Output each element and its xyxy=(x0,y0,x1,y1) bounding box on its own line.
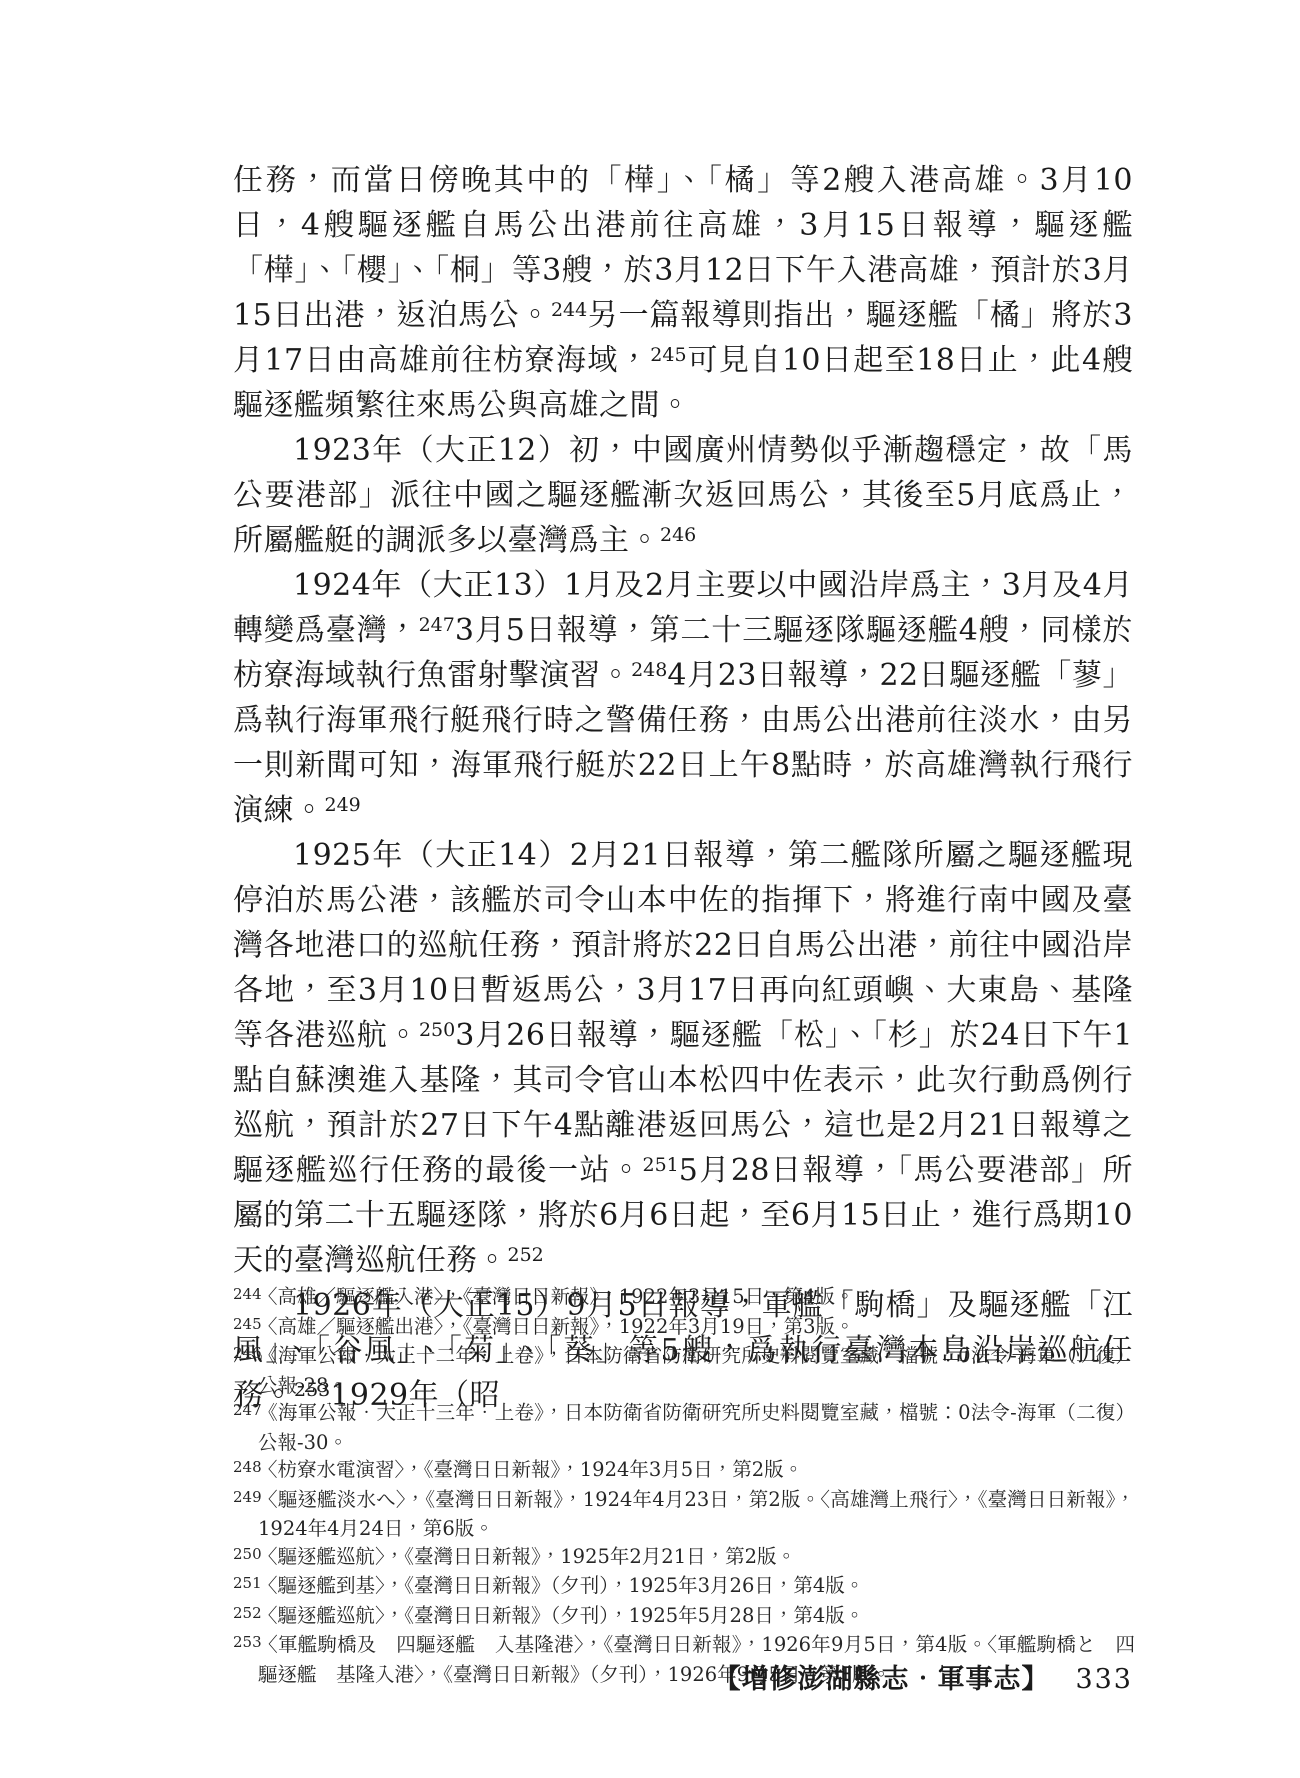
page-number: 333 xyxy=(1075,1664,1133,1695)
paragraph: 任務，而當日傍晚其中的「樺」、「橘」等2艘入港高雄。3月10日，4艘驅逐艦自馬公… xyxy=(233,158,1133,428)
footnote-item: 248〈枋寮水電演習〉，《臺灣日日新報》，1924年3月5日，第2版。 xyxy=(233,1456,1135,1486)
footnote-text: 〈高雄／驅逐艦出港〉，《臺灣日日新報》，1922年3月19日，第3版。 xyxy=(258,1315,855,1338)
footnotes: 244〈高雄／驅逐艦入港〉，《臺灣日日新報》，1922年3月15日，第4版。24… xyxy=(233,1283,1135,1688)
footnote-number: 251 xyxy=(233,1570,258,1598)
book-page: 任務，而當日傍晚其中的「樺」、「橘」等2艘入港高雄。3月10日，4艘驅逐艦自馬公… xyxy=(0,0,1300,1778)
paragraph: 1923年（大正12）初，中國廣州情勢似乎漸趨穩定，故「馬公要港部」派往中國之驅… xyxy=(233,428,1133,563)
footnote-ref: 252 xyxy=(508,1244,544,1266)
footnote-ref: 250 xyxy=(419,1019,455,1041)
footnote-text: 〈高雄／驅逐艦入港〉，《臺灣日日新報》，1922年3月15日，第4版。 xyxy=(258,1285,855,1308)
footer-title: 【增修澎湖縣志‧軍事志】 xyxy=(713,1664,1049,1695)
footnote-number: 250 xyxy=(233,1541,258,1569)
body-text: 任務，而當日傍晚其中的「樺」、「橘」等2艘入港高雄。3月10日，4艘驅逐艦自馬公… xyxy=(233,158,1133,1418)
footnote-text: 〈驅逐艦淡水へ〉，《臺灣日日新報》，1924年4月23日，第2版。〈高雄灣上飛行… xyxy=(258,1488,1135,1541)
footnote-item: 252〈驅逐艦巡航〉，《臺灣日日新報》（夕刊），1925年5月28日，第4版。 xyxy=(233,1602,1135,1632)
footnote-ref: 248 xyxy=(631,659,667,681)
footnote-ref: 244 xyxy=(551,299,587,321)
footnote-number: 252 xyxy=(233,1600,258,1628)
footnote-item: 249〈驅逐艦淡水へ〉，《臺灣日日新報》，1924年4月23日，第2版。〈高雄灣… xyxy=(233,1486,1135,1543)
footnote-number: 244 xyxy=(233,1281,258,1309)
footnote-item: 245〈高雄／驅逐艦出港〉，《臺灣日日新報》，1922年3月19日，第3版。 xyxy=(233,1313,1135,1343)
footnote-number: 246 xyxy=(233,1340,258,1368)
footnote-ref: 251 xyxy=(643,1154,679,1176)
footnote-ref: 247 xyxy=(419,614,455,636)
footnote-ref: 246 xyxy=(660,524,696,546)
paragraph: 1924年（大正13）1月及2月主要以中國沿岸爲主，3月及4月轉變爲臺灣，247… xyxy=(233,563,1133,833)
footnote-item: 246《海軍公報‧大正十二年‧上卷》，日本防衛省防衛研究所史料閱覽室藏，檔號：0… xyxy=(233,1342,1135,1399)
footnote-number: 249 xyxy=(233,1484,258,1512)
page-footer: 【增修澎湖縣志‧軍事志】333 xyxy=(233,1663,1133,1697)
footnote-text: 〈驅逐艦巡航〉，《臺灣日日新報》，1925年2月21日，第2版。 xyxy=(258,1545,796,1568)
footnote-number: 245 xyxy=(233,1311,258,1339)
footnote-text: 〈枋寮水電演習〉，《臺灣日日新報》，1924年3月5日，第2版。 xyxy=(258,1458,803,1481)
paragraph: 1925年（大正14）2月21日報導，第二艦隊所屬之驅逐艦現停泊於馬公港，該艦於… xyxy=(233,833,1133,1283)
footnote-item: 244〈高雄／驅逐艦入港〉，《臺灣日日新報》，1922年3月15日，第4版。 xyxy=(233,1283,1135,1313)
footnote-item: 251〈驅逐艦到基〉，《臺灣日日新報》（夕刊），1925年3月26日，第4版。 xyxy=(233,1572,1135,1602)
footnote-item: 247《海軍公報‧大正十三年‧上卷》，日本防衛省防衛研究所史料閱覽室藏，檔號：0… xyxy=(233,1399,1135,1456)
footnote-text: 《海軍公報‧大正十二年‧上卷》，日本防衛省防衛研究所史料閱覽室藏，檔號：0法令-… xyxy=(258,1344,1135,1397)
footnote-ref: 249 xyxy=(325,794,361,816)
footnote-text: 〈驅逐艦巡航〉，《臺灣日日新報》（夕刊），1925年5月28日，第4版。 xyxy=(258,1604,864,1627)
footnote-ref: 245 xyxy=(650,344,686,366)
footnote-number: 247 xyxy=(233,1397,258,1425)
footnote-item: 250〈驅逐艦巡航〉，《臺灣日日新報》，1925年2月21日，第2版。 xyxy=(233,1543,1135,1573)
footnote-number: 248 xyxy=(233,1454,258,1482)
footnote-number: 253 xyxy=(233,1629,258,1657)
footnote-text: 《海軍公報‧大正十三年‧上卷》，日本防衛省防衛研究所史料閱覽室藏，檔號：0法令-… xyxy=(258,1401,1135,1454)
footnote-text: 〈驅逐艦到基〉，《臺灣日日新報》（夕刊），1925年3月26日，第4版。 xyxy=(258,1574,864,1597)
